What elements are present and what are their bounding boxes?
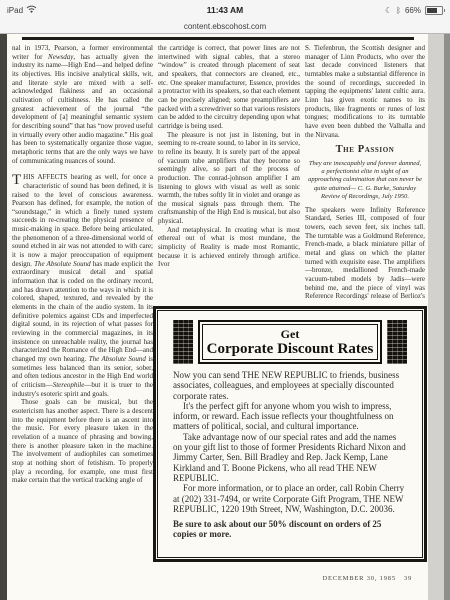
ornament-left-icon (173, 320, 193, 364)
issue-date: DECEMBER 30, 1985 (323, 575, 396, 582)
paragraph: The pleasure is not just in listening, b… (158, 131, 300, 226)
paragraph: The speakers were Infinity Reference Sta… (305, 206, 425, 302)
article-column-1: nal in 1973, Pearson, a former environme… (12, 44, 153, 596)
ornament-right-icon (387, 320, 407, 364)
ad-headline-line2: Corporate Discount Rates (203, 341, 377, 357)
magazine-page[interactable]: nal in 1973, Pearson, a former environme… (7, 34, 428, 600)
ad-discount-note: Be sure to ask about our 50% discount on… (173, 519, 407, 540)
paragraph: nal in 1973, Pearson, a former environme… (12, 44, 153, 165)
page-top-rule (22, 37, 414, 40)
do-not-disturb-moon-icon: ☾ (385, 6, 392, 15)
paragraph: THIS AFFECTS hearing as well, for once a… (12, 173, 153, 398)
battery-icon (425, 6, 443, 15)
scrollbar[interactable] (444, 34, 450, 600)
ad-paragraph: For more information, or to place an ord… (173, 483, 407, 514)
clock: 11:43 AM (0, 5, 450, 15)
battery-percent: 66% (405, 6, 421, 15)
address-bar[interactable]: content.ebscohost.com (0, 20, 450, 34)
ad-paragraph: Take advantage now of our special rates … (173, 432, 407, 483)
epigraph-quote: They are inescapably and forever damned,… (307, 160, 423, 200)
ad-header: Get Corporate Discount Rates (173, 320, 407, 364)
article-column-2: the cartridge is correct, that power lin… (158, 44, 300, 300)
bluetooth-icon: ᛒ (396, 6, 401, 15)
paragraph: And metaphysical. In creating what is mo… (158, 226, 300, 269)
screen: iPad 11:43 AM ☾ ᛒ 66% content.ebscohost.… (0, 0, 450, 600)
article-column-3: S. Tiefenbrun, the Scottish designer and… (305, 44, 425, 302)
paragraph: Those goals can be musical, but the esot… (12, 398, 153, 485)
status-bar: iPad 11:43 AM ☾ ᛒ 66% (0, 0, 450, 20)
ad-body: Now you can send THE NEW REPUBLIC to fri… (173, 370, 407, 540)
ad-headline-line1: Get (203, 328, 377, 341)
scan-left-edge (0, 34, 7, 600)
browser-viewport: nal in 1973, Pearson, a former environme… (0, 34, 450, 600)
page-number: 39 (404, 575, 412, 582)
paragraph: S. Tiefenbrun, the Scottish designer and… (305, 44, 425, 139)
page-footer: DECEMBER 30, 198539 (323, 575, 412, 582)
ad-paragraph: Now you can send THE NEW REPUBLIC to fri… (173, 370, 407, 401)
section-heading: The Passion (305, 144, 425, 156)
paragraph: the cartridge is correct, that power lin… (158, 44, 300, 131)
corporate-discount-ad: Get Corporate Discount Rates Now you can… (153, 306, 427, 562)
ad-paragraph: It's the perfect gift for anyone whom yo… (173, 401, 407, 432)
